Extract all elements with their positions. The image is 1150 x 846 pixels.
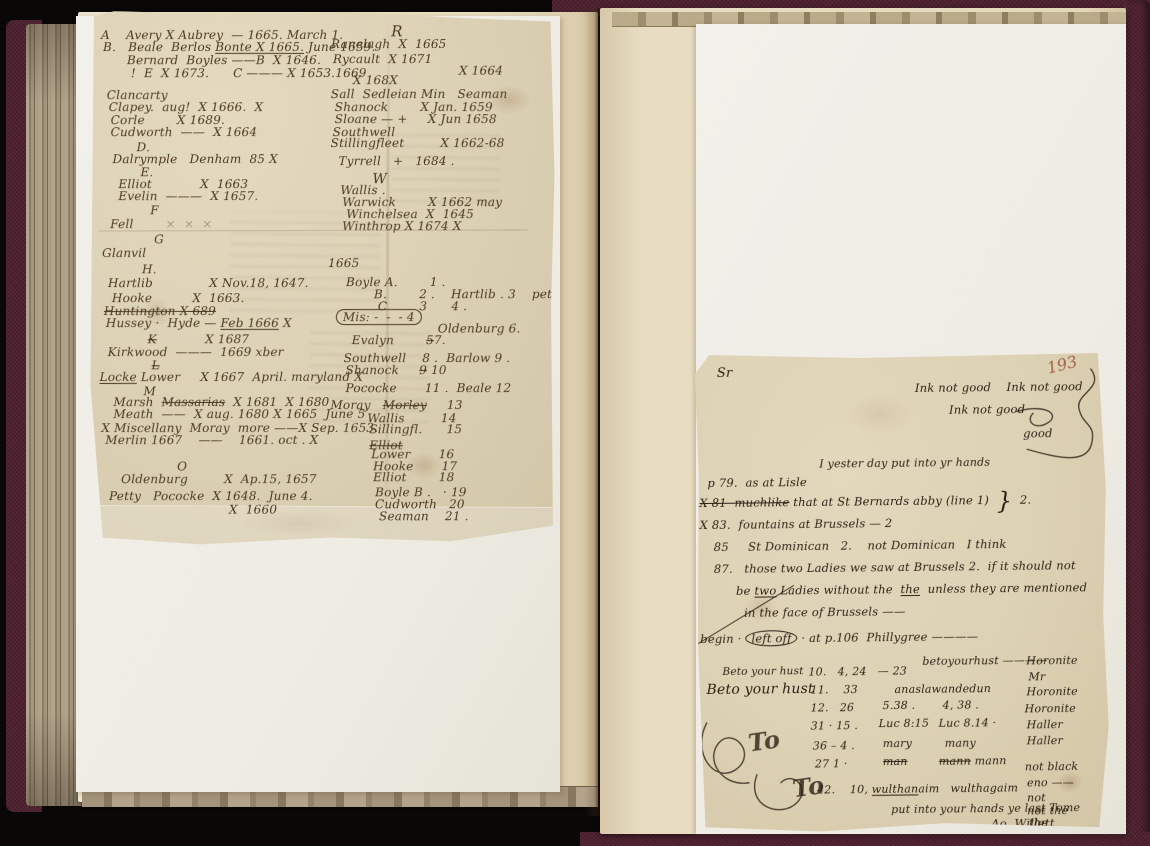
handwritten-line: Sall Sedleian Min Seaman: [331, 88, 508, 101]
manuscript-list-sheet: A Avery X Aubrey — 1665. March 1.B. Beal…: [89, 11, 555, 547]
handwritten-line: Oldenburg 6.: [438, 322, 521, 335]
name-list-column-2: RRanelagh X 1665Rycault X 1671X 1664X 16…: [89, 11, 555, 547]
letter-sheet: 193 SrInk not good Ink not goodInk not g…: [695, 353, 1109, 833]
handwritten-line: Tyrrell + 1684 .: [339, 155, 455, 168]
handwritten-line: Rycault X 1671: [333, 53, 432, 66]
handwritten-line: Shanock 9 10: [346, 364, 447, 377]
handwritten-line: put into your hands ye last Tome: [891, 802, 1080, 816]
handwritten-line: Sillingfl. 15: [369, 423, 462, 436]
bound-manuscript-photo: A Avery X Aubrey — 1665. March 1.B. Beal…: [0, 0, 1150, 846]
handwritten-line: Elliot 18: [373, 471, 454, 484]
handwritten-line: Seaman 21 .: [379, 510, 469, 523]
handwritten-line: 1665: [328, 257, 359, 270]
book-cover-right-edge: [1124, 0, 1150, 846]
handwritten-line: Evalyn 57.: [352, 334, 446, 347]
handwritten-line: X 1664: [459, 65, 503, 78]
handwritten-line: Pococke 11 . Beale 12: [346, 382, 512, 395]
book-cover-bottom-edge: [580, 832, 1150, 846]
handwritten-line: Winthrop X 1674 X: [342, 220, 461, 233]
handwritten-line: Mis: - - - 4: [336, 311, 422, 324]
handwritten-line: Stillingfleet X 1662-68: [331, 137, 505, 150]
handwritten-line: Ranelagh X 1665: [331, 38, 446, 51]
handwritten-line: Moray Morley 13: [330, 399, 462, 412]
handwritten-line: Sloane — + X Jun 1658: [335, 113, 497, 126]
letter-footer: put into your hands ye last TomeAo Wille…: [695, 353, 1109, 833]
handwritten-line: X 168X: [353, 74, 398, 87]
